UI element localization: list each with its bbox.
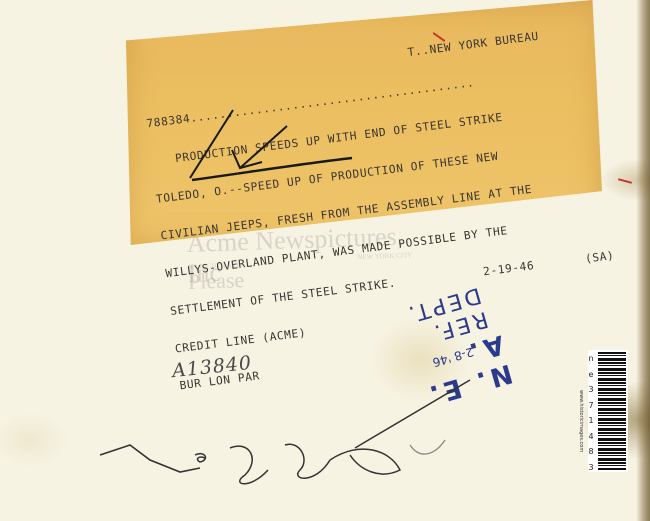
barcode-bars	[598, 352, 626, 470]
caption-text: T..NEW YORK BUREAU 788384...............…	[138, 3, 599, 405]
bureau-name: NEW YORK BUREAU	[429, 30, 540, 57]
photo-number: 788384	[146, 112, 191, 130]
aged-edge-stain	[636, 0, 650, 521]
barcode-label: n e 3 7 1 4 8 3 www.historicimages.com	[588, 350, 628, 472]
barcode-digits: n e 3 7 1 4 8 3	[586, 354, 596, 472]
barcode-url: www.historicimages.com	[578, 390, 584, 452]
caption-date: 2-19-46	[482, 259, 535, 278]
nea-ref-dept-stamp: N. E. A. 2-8 '46 REF. DEPT.	[376, 298, 516, 408]
